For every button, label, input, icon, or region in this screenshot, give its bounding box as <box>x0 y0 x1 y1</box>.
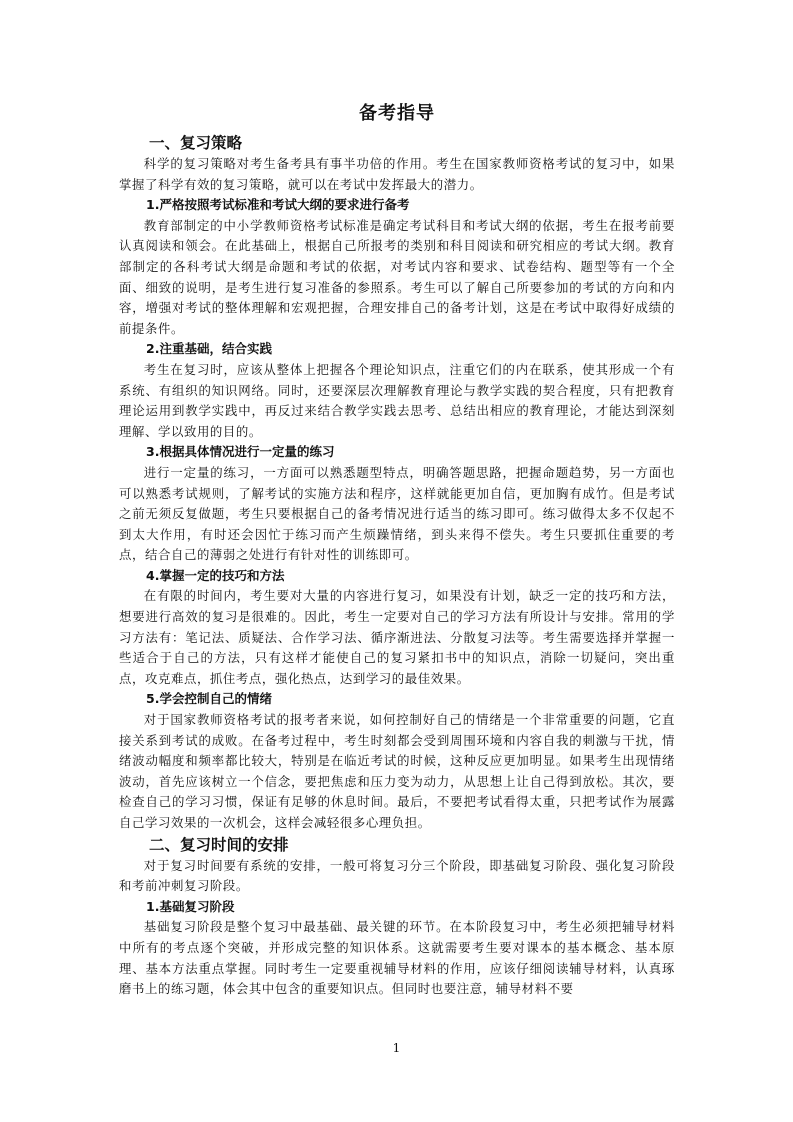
section-heading-time-arrangement: 二、复习时间的安排 <box>119 834 675 856</box>
body-paragraph: 进行一定量的练习，一方面可以熟悉题型特点，明确答题思路，把握命题趋势，另一方面也… <box>119 463 675 566</box>
subsection-heading-emotions: 5.学会控制自己的情绪 <box>119 689 675 710</box>
body-paragraph: 在有限的时间内，考生要对大量的内容进行复习，如果没有计划，缺乏一定的技巧和方法，… <box>119 586 675 689</box>
page-number: 1 <box>0 1041 793 1055</box>
body-paragraph: 教育部制定的中小学教师资格考试标准是确定考试科目和考试大纲的依据，考生在报考前要… <box>119 216 675 340</box>
body-paragraph: 基础复习阶段是整个复习中最基础、最关键的环节。在本阶段复习中，考生必须把辅导材料… <box>119 917 675 999</box>
body-paragraph: 考生在复习时，应该从整体上把握各个理论知识点，注重它们的内在联系，使其形成一个有… <box>119 360 675 442</box>
subsection-heading-exam-standards: 1.严格按照考试标准和考试大纲的要求进行备考 <box>119 195 675 216</box>
document-title: 备考指导 <box>119 102 675 126</box>
document-page: 备考指导 一、复习策略 科学的复习策略对考生备考具有事半功倍的作用。考生在国家教… <box>119 102 675 1000</box>
section-intro-paragraph: 对于复习时间要有系统的安排，一般可将复习分三个阶段，即基础复习阶段、强化复习阶段… <box>119 856 675 897</box>
subsection-heading-basics-practice: 2.注重基础，结合实践 <box>119 339 675 360</box>
section-intro-paragraph: 科学的复习策略对考生备考具有事半功倍的作用。考生在国家教师资格考试的复习中，如果… <box>119 154 675 195</box>
section-heading-review-strategy: 一、复习策略 <box>119 132 675 154</box>
subsection-heading-basic-stage: 1.基础复习阶段 <box>119 897 675 918</box>
body-paragraph: 对于国家教师资格考试的报考者来说，如何控制好自己的情绪是一个非常重要的问题，它直… <box>119 710 675 834</box>
subsection-heading-exercises: 3.根据具体情况进行一定量的练习 <box>119 442 675 463</box>
subsection-heading-techniques: 4.掌握一定的技巧和方法 <box>119 566 675 587</box>
